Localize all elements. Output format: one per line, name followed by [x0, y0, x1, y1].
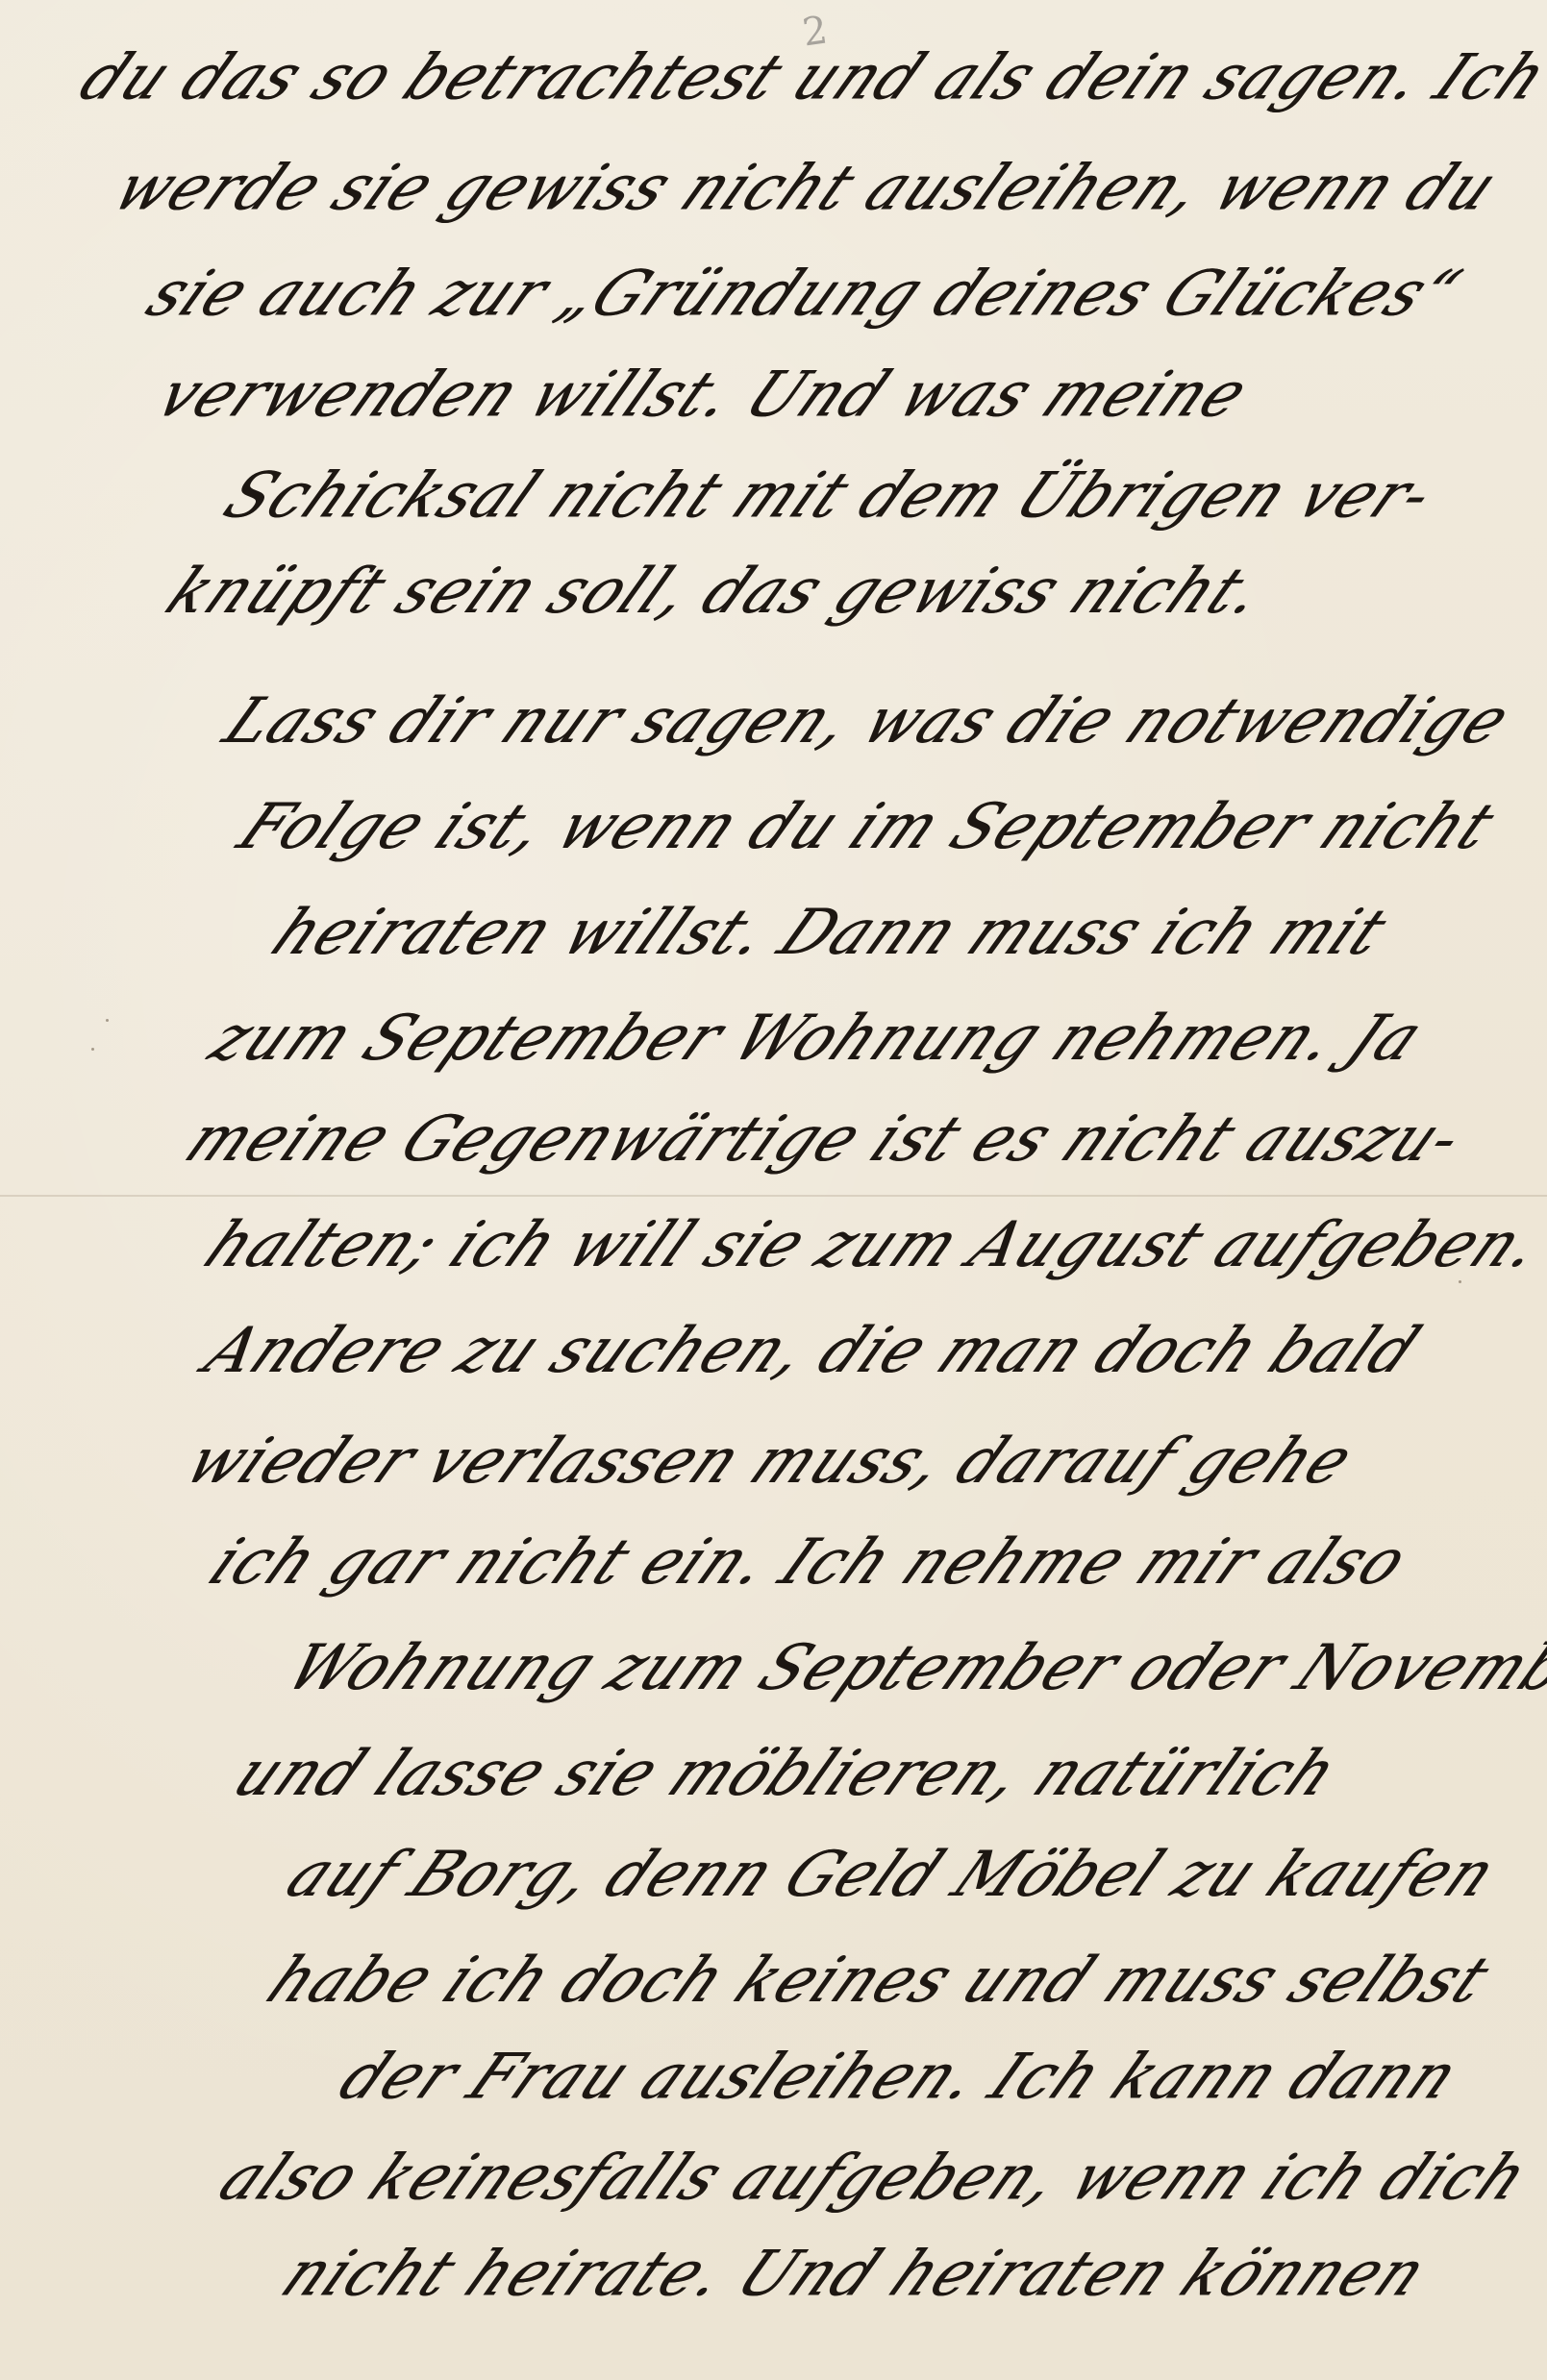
ink-speck	[106, 1019, 109, 1022]
handwritten-line: halten; ich will sie zum August aufgeben…	[192, 1207, 1547, 1281]
handwritten-line: also keinesfalls aufgeben, wenn ich dich	[207, 2140, 1543, 2214]
handwritten-line: Wohnung zum September oder November	[274, 1630, 1547, 1704]
manuscript-page: 2 du das so betrachtest und als dein sag…	[0, 0, 1547, 2380]
handwritten-line: verwenden willst. Und was meine	[144, 357, 1263, 431]
paper-fold-line	[0, 1195, 1547, 1197]
handwritten-line: Schicksal nicht mit dem Übrigen ver-	[212, 458, 1449, 532]
handwritten-line: habe ich doch keines und muss selbst	[255, 1943, 1505, 2017]
ink-speck	[91, 1048, 94, 1051]
ink-speck	[1459, 1280, 1461, 1283]
handwritten-line: du das so betrachtest und als dein sagen…	[67, 39, 1547, 113]
handwritten-line: und lasse sie möblieren, natürlich	[221, 1736, 1352, 1810]
handwritten-line: auf Borg, denn Geld Möbel zu kaufen	[274, 1837, 1510, 1911]
handwritten-line: nicht heirate. Und heiraten können	[269, 2236, 1441, 2310]
handwritten-line: Andere zu suchen, die man doch bald	[192, 1313, 1434, 1387]
handwritten-line: der Frau ausleihen. Ich kann dann	[327, 2039, 1473, 2113]
handwritten-line: meine Gegenwärtige ist es nicht auszu-	[173, 1102, 1478, 1176]
handwritten-line: knüpft sein soll, das gewiss nicht.	[154, 554, 1280, 628]
handwritten-line: sie auch zur „Gründung deines Glückes“	[135, 256, 1475, 330]
handwritten-line: ich gar nicht ein. Ich nehme mir also	[197, 1525, 1422, 1599]
handwritten-line: werde sie gewiss nicht ausleihen, wenn d…	[101, 150, 1512, 224]
handwritten-line: Lass dir nur sagen, was die notwendige	[212, 683, 1525, 757]
handwritten-line: Folge ist, wenn du im September nicht	[226, 789, 1510, 863]
handwritten-line: zum September Wohnung nehmen. Ja	[197, 1001, 1437, 1075]
handwritten-line: heiraten willst. Dann muss ich mit	[260, 895, 1402, 969]
handwritten-line: wieder verlassen muss, darauf gehe	[173, 1424, 1368, 1498]
